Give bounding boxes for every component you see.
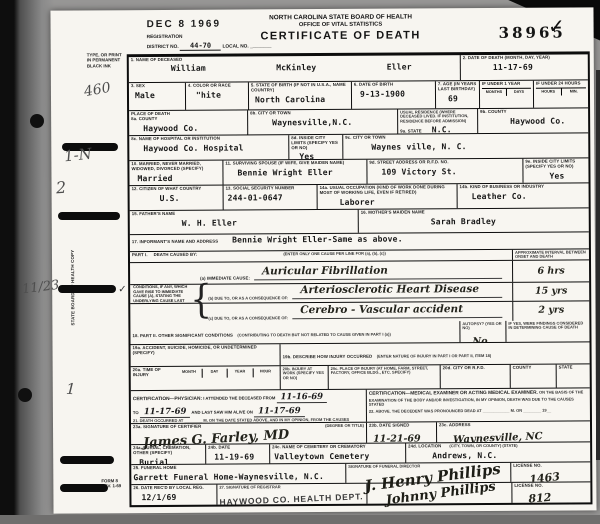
field-residence-state: USUAL RESIDENCE (WHERE DECEASED LIVED. I… [398,109,478,133]
residence-city-label: 9c. CITY OR TOWN [345,134,586,140]
describe-injury-note: (ENTER NATURE OF INJURY IN PART I OR PAR… [377,353,491,359]
field-injury-city: 20d. CITY OR R.F.D. [441,365,511,388]
under-1yr-months-label: MONTHS [482,89,507,96]
field-burial-date: 24b. DATE 11-19-69 [206,444,270,463]
part1-section: ✓ CONDITIONS, IF ANY, WHICH GAVE RISE TO… [130,249,589,323]
burial-location-value: Andrews, N.C. [432,450,588,460]
certifier-signature-label: 23a. SIGNATURE OF CERTIFIER [133,425,201,430]
age-label: 7. AGE (IN YEARS LAST BIRTHDAY) [438,82,477,92]
burial-location-label: 24d. LOCATION [408,444,441,449]
field-autopsy-findings: IF YES, WERE FINDINGS CONSIDERED IN DETE… [506,320,589,342]
name-first: William [171,64,206,73]
pod-city-value: Waynesville,N.C. [272,117,395,127]
interval-a-value: 6 hrs [515,265,587,276]
date-of-death-value: 11-17-69 [493,62,586,72]
field-industry: 14b. KIND OF BUSINESS OR INDUSTRY Leathe… [458,183,589,208]
hole-punch-bottom [18,388,32,402]
place-of-injury-label: 20c. PLACE OF INJURY (AT HOME, FARM, STR… [331,366,438,375]
field-autopsy: AUTOPSY? (YES OR NO) No [460,321,506,342]
registrar-signature-label: 27. SIGNATURE OF REGISTRAR [219,485,364,490]
informant-label: 17. INFORMANT'S NAME AND ADDRESS [132,240,218,245]
attended-from-value: 11-16-69 [276,392,327,403]
field-certifier-signature: 23a. SIGNATURE OF CERTIFIER (DEGREE OR T… [131,423,367,444]
death-certificate-scan: DEC 8 1969 REGISTRATION DISTRICT NO. 44-… [0,0,600,524]
hospital-value: Haywood Co. Hospital [143,143,286,153]
field-age: 7. AGE (IN YEARS LAST BIRTHDAY) 69 [436,81,480,108]
field-name-of-deceased: 1. NAME OF DECEASED William McKinley Ell… [129,55,461,82]
injury-month-label: MONTH [177,369,203,378]
field-street-address: 9d. STREET ADDRESS OR R.F.D. NO. 109 Vic… [367,159,523,184]
name-last: Eller [387,62,412,71]
field-under-24-hours: IF UNDER 24 HOURS HOURS MIN. [534,80,588,107]
district-label: DISTRICT NO. [147,45,179,50]
row-registrar: 26. DATE REC'D BY LOCAL REG. 12/1/69 27.… [131,482,590,505]
mother-label: 16. MOTHER'S MAIDEN NAME [361,209,587,215]
race-value: "hite [196,90,246,99]
certificate-form: 1. NAME OF DECEASED William McKinley Ell… [127,51,593,507]
injury-county-label: COUNTY [513,366,554,371]
certificate-title: CERTIFICATE OF DEATH [246,30,436,45]
received-date-stamp: DEC 8 1969 [147,19,222,30]
attended-from-label: I ATTENDED THE DECEASED FROM [203,395,275,400]
funeral-home-value: Garrett Funeral Home-Waynesville, N.C. [133,472,343,482]
pronounced-dead-text: 22. ABOVE. THE DECEDENT WAS PRONOUNCED D… [369,409,588,415]
one-cause-note: (ENTER ONLY ONE CAUSE PER LINE FOR (a), … [283,252,386,262]
funeral-license-value: 1463 [529,470,561,482]
date-received-value: 12/1/69 [141,492,214,501]
part1-title: PART I. [132,253,148,262]
type-print-note: TYPE, OR PRINT IN PERMANENT BLACK INK [87,52,127,68]
field-cemetery: 24c. NAME OF CEMETERY OR CREMATORY Valle… [270,443,406,463]
redaction-tab-2 [58,212,120,220]
row-occupation: 12. CITIZEN OF WHAT COUNTRY U.S. 13. SOC… [130,183,589,211]
field-father: 15. FATHER'S NAME W. H. Eller [130,210,359,234]
marital-label: 10. MARRIED, NEVER MARRIED, WIDOWED, DIV… [131,162,220,172]
state-of-birth-label: 5. STATE OF BIRTH (IF NOT IN U.S.A., NAM… [251,83,349,93]
hospital-label: 8c. NAME OF HOSPITAL OR INSTITUTION [131,136,286,142]
accident-label: 19a. ACCIDENT, SUICIDE, HOMICIDE, OR UND… [133,345,278,356]
certifier-address-label: 23c. ADDRESS [439,422,588,428]
examiner-basis-label: ON THE BASIS OF THE [539,389,583,394]
field-accident-type: 19a. ACCIDENT, SUICIDE, HOMICIDE, OR UND… [131,344,281,366]
row-funeral-home: 25. FUNERAL HOME Garrett Funeral Home-Wa… [131,462,590,485]
due-to-b-value: Arteriosclerotic Heart Disease [300,283,479,296]
pod-city-label: 8b. CITY OR TOWN [250,111,395,117]
injury-state-label: STATE [559,365,588,370]
physician-cert-title: CERTIFICATION—PHYSICIAN: [133,397,202,402]
part2-note: (CONTRIBUTING TO DEATH BUT NOT RELATED T… [237,332,390,338]
field-citizen: 12. CITIZEN OF WHAT COUNTRY U.S. [130,186,224,211]
pod-city-limits-value: Yes [299,152,340,159]
field-surviving-spouse: 11. SURVIVING SPOUSE (IF WIFE, GIVE MAID… [223,160,367,185]
residence-city-limits-value: Yes [549,171,586,180]
pod-city-limits-label: 8d. INSIDE CITY LIMITS (SPECIFY YES OR N… [291,136,340,151]
field-place-of-injury: 20c. PLACE OF INJURY (AT HOME, FARM, STR… [329,365,441,389]
form-title-block: NORTH CAROLINA STATE BOARD OF HEALTH OFF… [245,13,435,44]
last-saw-alive-label: AND LAST SAW HIM ALIVE ON [191,409,253,414]
name-middle: McKinley [276,63,316,72]
occupation-label: 14a. USUAL OCCUPATION (KIND OF WORK DONE… [320,185,455,195]
field-pod-county: PLACE OF DEATH 8a. COUNTY Haywood Co. [129,110,248,135]
field-date-signed: 23b. DATE SIGNED 11-21-69 [367,422,437,442]
interval-b: 15 yrs [513,282,589,300]
ssn-label: 13. SOCIAL SECURITY NUMBER [226,186,315,191]
interval-header: APPROXIMATE INTERVAL BETWEEN ONSET AND D… [513,249,589,259]
field-time-of-injury: 20a. TIME OF INJURY MONTH DAY YEAR HOUR [131,366,281,390]
date-received-label: 26. DATE REC'D BY LOCAL REG. [133,486,214,491]
field-marital-status: 10. MARRIED, NEVER MARRIED, WIDOWED, DIV… [129,161,223,186]
injury-day-label: DAY [202,369,228,378]
citizen-value: U.S. [160,193,221,202]
field-burial-type: 24a. BURIAL, CREMATION, OTHER (SPECIFY) … [131,445,206,464]
immediate-cause-label: (a) IMMEDIATE CAUSE: [200,277,250,282]
residence-state-value: N.C. [432,125,452,133]
field-date-received: 26. DATE REC'D BY LOCAL REG. 12/1/69 [131,485,217,506]
field-date-of-death: 2. DATE OF DEATH (MONTH, DAY, YEAR) 11-1… [461,54,588,80]
row-place-of-death: PLACE OF DEATH 8a. COUNTY Haywood Co. 8b… [129,108,588,136]
age-value: 69 [448,94,477,103]
pencil-note-1n: 1-N [63,145,92,166]
pencil-note-1: 1 [66,380,76,398]
under-24h-hours-label: HOURS [536,88,562,95]
street-address-label: 9d. STREET ADDRESS OR R.F.D. NO. [369,160,520,166]
under-1yr-label: IF UNDER 1 YEAR [482,82,531,87]
top-right-checkmark: ✓ [548,14,565,39]
field-other-conditions: 18. PART II. OTHER SIGNIFICANT CONDITION… [130,321,460,344]
part2-label: 18. PART II. OTHER SIGNIFICANT CONDITION… [132,333,232,339]
part2-row: 18. PART II. OTHER SIGNIFICANT CONDITION… [130,320,589,345]
funeral-home-label: 25. FUNERAL HOME [133,465,343,471]
row-marital: 10. MARRIED, NEVER MARRIED, WIDOWED, DIV… [129,158,588,186]
residence-city-value: Waynes ville, N. C. [371,141,586,151]
citizen-label: 12. CITIZEN OF WHAT COUNTRY [132,187,221,192]
embalmer-license-value: 812 [528,491,552,503]
embalmer-signature: Johnny Phillips [385,479,497,508]
field-informant: 17. INFORMANT'S NAME AND ADDRESS Bennie … [130,232,589,251]
residence-county-value: Haywood Co. [510,116,586,125]
field-certifier-address: 23c. ADDRESS Waynesville, NC [437,421,590,442]
redaction-tab-3 [58,285,116,293]
field-pod-city-limits: 8d. INSIDE CITY LIMITS (SPECIFY YES OR N… [289,135,343,159]
interval-c-value: 2 yrs [515,304,587,315]
field-funeral-license: LICENSE NO. 1463 [511,462,590,481]
field-race: 4. COLOR OR RACE "hite [186,82,249,109]
to-label: TO [133,410,139,415]
under-1yr-days-label: DAYS [507,89,531,96]
health-dept-stamp: HAYWOOD CO. HEALTH DEPT. [219,492,363,508]
injury-year-label: YEAR [228,368,254,377]
part1-margin-check: ✓ [118,284,126,295]
field-residence-city-limits: 9e. INSIDE CITY LIMITS (SPECIFY YES OR N… [523,158,588,182]
industry-label: 14b. KIND OF BUSINESS OR INDUSTRY [460,184,587,190]
registration-value: 44-70 [180,41,221,50]
field-ssn: 13. SOCIAL SECURITY NUMBER 244-01-0647 [224,185,318,210]
field-under-1-year: IF UNDER 1 YEAR MONTHS DAYS [480,81,534,108]
field-occupation: 14a. USUAL OCCUPATION (KIND OF WORK DONE… [318,184,458,209]
interval-c: 2 yrs [513,301,589,320]
marital-value: Married [137,173,220,183]
field-sex: 3. SEX Male [129,83,186,110]
row-hospital: 8c. NAME OF HOSPITAL OR INSTITUTION Hayw… [129,133,588,161]
field-due-to-b: (b) DUE TO, OR AS A CONSEQUENCE OF: Arte… [130,283,513,303]
row-certification: CERTIFICATION—PHYSICIAN: I ATTENDED THE … [131,388,590,424]
under-24h-min-label: MIN. [561,88,586,95]
burial-type-label: 24a. BURIAL, CREMATION, OTHER (SPECIFY) [133,446,203,456]
cemetery-label: 24c. NAME OF CEMETERY OR CREMATORY [272,445,403,451]
certificate-paper: DEC 8 1969 REGISTRATION DISTRICT NO. 44-… [50,7,596,513]
pod-county-value: Haywood Co. [143,123,245,133]
injury-at-work-label: 20b. INJURY AT WORK (SPECIFY YES OR NO) [283,367,326,380]
pod-county-label: 8a. COUNTY [131,116,245,122]
local-no-label: LOCAL NO. ________ [222,44,271,49]
pencil-note-2: 2 [55,178,66,198]
describe-injury-label: 19b. DESCRIBE HOW INJURY OCCURRED [283,354,373,360]
last-saw-alive-value: 11-17-69 [254,406,305,417]
burial-date-value: 11-19-69 [214,452,267,461]
row-burial: 24a. BURIAL, CREMATION, OTHER (SPECIFY) … [131,442,590,465]
hole-punch-top [30,114,44,128]
field-physician-certification: CERTIFICATION—PHYSICIAN: I ATTENDED THE … [131,390,367,423]
scan-right-edge [596,70,600,460]
examiner-body-text: EXAMINATION OF THE BODY AND/OR INVESTIGA… [369,397,588,407]
time-of-injury-label: 20a. TIME OF INJURY [133,368,177,378]
field-pod-city: 8b. CITY OR TOWN Waynesville,N.C. [248,110,398,135]
sex-value: Male [135,91,183,100]
interval-header-label: APPROXIMATE INTERVAL BETWEEN ONSET AND D… [515,250,587,259]
immediate-cause-value: Auricular Fibrillation [262,265,388,278]
due-to-c-label: (c) DUE TO, OR AS A CONSEQUENCE OF: [208,316,288,321]
spouse-label: 11. SURVIVING SPOUSE (IF WIFE, GIVE MAID… [225,161,364,167]
field-embalmer-license: LICENSE NO. 812 [512,482,590,502]
date-signed-label: 23b. DATE SIGNED [369,423,434,428]
field-injury-county: COUNTY [511,365,557,388]
residence-county-label: 9b. COUNTY [480,109,586,114]
residence-state-label: 9a. STATE [400,130,422,134]
father-label: 15. FATHER'S NAME [132,211,356,217]
interval-a: 6 hrs [513,260,589,281]
field-due-to-c: (c) DUE TO, OR AS A CONSEQUENCE OF: Cere… [130,302,513,323]
row-19: 19a. ACCIDENT, SUICIDE, HOMICIDE, OR UND… [131,342,590,367]
office-title: OFFICE OF VITAL STATISTICS [246,21,436,29]
field-funeral-home: 25. FUNERAL HOME Garrett Funeral Home-Wa… [131,464,346,484]
field-date-of-birth: 6. DATE OF BIRTH 9-13-1900 [352,81,436,109]
field-registrar-signature: 27. SIGNATURE OF REGISTRAR HAYWOOD CO. H… [217,484,367,505]
field-mother: 16. MOTHER'S MAIDEN NAME Sarah Bradley [359,208,589,232]
informant-value: Bennie Wright Eller-Same as above. [232,235,403,245]
date-of-death-label: 2. DATE OF DEATH (MONTH, DAY, YEAR) [463,55,586,61]
field-embalmer-signature: Johnny Phillips [367,483,512,504]
date-of-birth-label: 6. DATE OF BIRTH [354,82,433,87]
embalmer-license-label: LICENSE NO. [514,483,588,488]
field-describe-injury: 19b. DESCRIBE HOW INJURY OCCURRED (ENTER… [281,342,590,365]
date-signed-value: 11-21-69 [373,433,421,443]
row-name: 1. NAME OF DECEASED William McKinley Ell… [129,54,588,83]
field-injury-state: STATE [557,364,590,387]
father-value: W. H. Eller [182,218,356,228]
registration-label: REGISTRATION [147,35,183,40]
field-immediate-cause: (a) IMMEDIATE CAUSE: Auricular Fibrillat… [130,261,513,284]
autopsy-label: AUTOPSY? (YES OR NO) [462,322,503,331]
due-to-b-label: (b) DUE TO, OR AS A CONSEQUENCE OF: [208,296,288,301]
findings-label: IF YES, WERE FINDINGS CONSIDERED IN DETE… [508,321,587,330]
field-residence-city: 9c. CITY OR TOWN Waynes ville, N. C. [343,133,588,158]
row-20: 20a. TIME OF INJURY MONTH DAY YEAR HOUR … [131,364,590,391]
certifier-address-value: Waynesville, NC [453,431,543,442]
occupation-value: Laborer [340,197,455,207]
injury-hour-label: HOUR [253,368,278,377]
sex-label: 3. SEX [131,84,183,89]
field-medical-examiner-certification: CERTIFICATION—MEDICAL EXAMINER OR ACTING… [367,388,590,421]
residence-group-label: USUAL RESIDENCE (WHERE DECEASED LIVED. I… [400,110,475,124]
redaction-tab-5 [60,484,108,492]
ssn-value: 244-01-0647 [228,193,315,203]
injury-city-label: 20d. CITY OR R.F.D. [443,366,508,371]
field-injury-at-work: 20b. INJURY AT WORK (SPECIFY YES OR NO) [281,366,329,389]
cemetery-value: Valleytown Cemetery [274,451,403,461]
row-certifier-signature: 23a. SIGNATURE OF CERTIFIER (DEGREE OR T… [131,421,590,445]
certifier-degree-note: (DEGREE OR TITLE) [325,424,364,429]
death-caused-by-label: DEATH CAUSED BY: [154,253,198,262]
spouse-value: Bennie Wright Eller [237,168,364,178]
field-residence-county: 9b. COUNTY Haywood Co. [478,108,588,133]
scan-left-shadow [0,0,54,524]
field-state-of-birth: 5. STATE OF BIRTH (IF NOT IN U.S.A., NAM… [249,82,352,110]
industry-value: Leather Co. [472,191,587,201]
state-of-birth-value: North Carolina [255,94,349,104]
scan-bottom-edge [0,515,600,524]
cause-a-row: (a) IMMEDIATE CAUSE: Auricular Fibrillat… [130,260,589,285]
under-24h-label: IF UNDER 24 HOURS [536,81,586,86]
race-label: 4. COLOR OR RACE [188,83,246,88]
burial-location-note: (CITY, TOWN, OR COUNTY) (STATE) [449,444,517,449]
autopsy-value: No [472,336,487,342]
due-to-c-value: Cerebro - Vascular accident [300,303,463,316]
field-hospital: 8c. NAME OF HOSPITAL OR INSTITUTION Hayw… [129,135,289,160]
row-parents: 15. FATHER'S NAME W. H. Eller 16. MOTHER… [130,208,589,235]
redaction-tab-4 [60,456,114,464]
burial-date-label: 24b. DATE [208,445,267,450]
date-of-birth-value: 9-13-1900 [360,89,433,98]
funeral-license-label: LICENSE NO. [513,463,588,468]
residence-city-limits-label: 9e. INSIDE CITY LIMITS (SPECIFY YES OR N… [525,159,586,169]
examiner-cert-title: CERTIFICATION—MEDICAL EXAMINER OR ACTING… [369,391,538,397]
attended-to-value: 11-17-69 [140,406,191,417]
street-address-value: 109 Victory St. [381,167,520,177]
burial-type-value: Burial [139,457,203,464]
interval-b-value: 15 yrs [515,285,587,296]
row-demographics: 3. SEX Male 4. COLOR OR RACE "hite 5. ST… [129,80,588,111]
mother-value: Sarah Bradley [431,216,587,226]
